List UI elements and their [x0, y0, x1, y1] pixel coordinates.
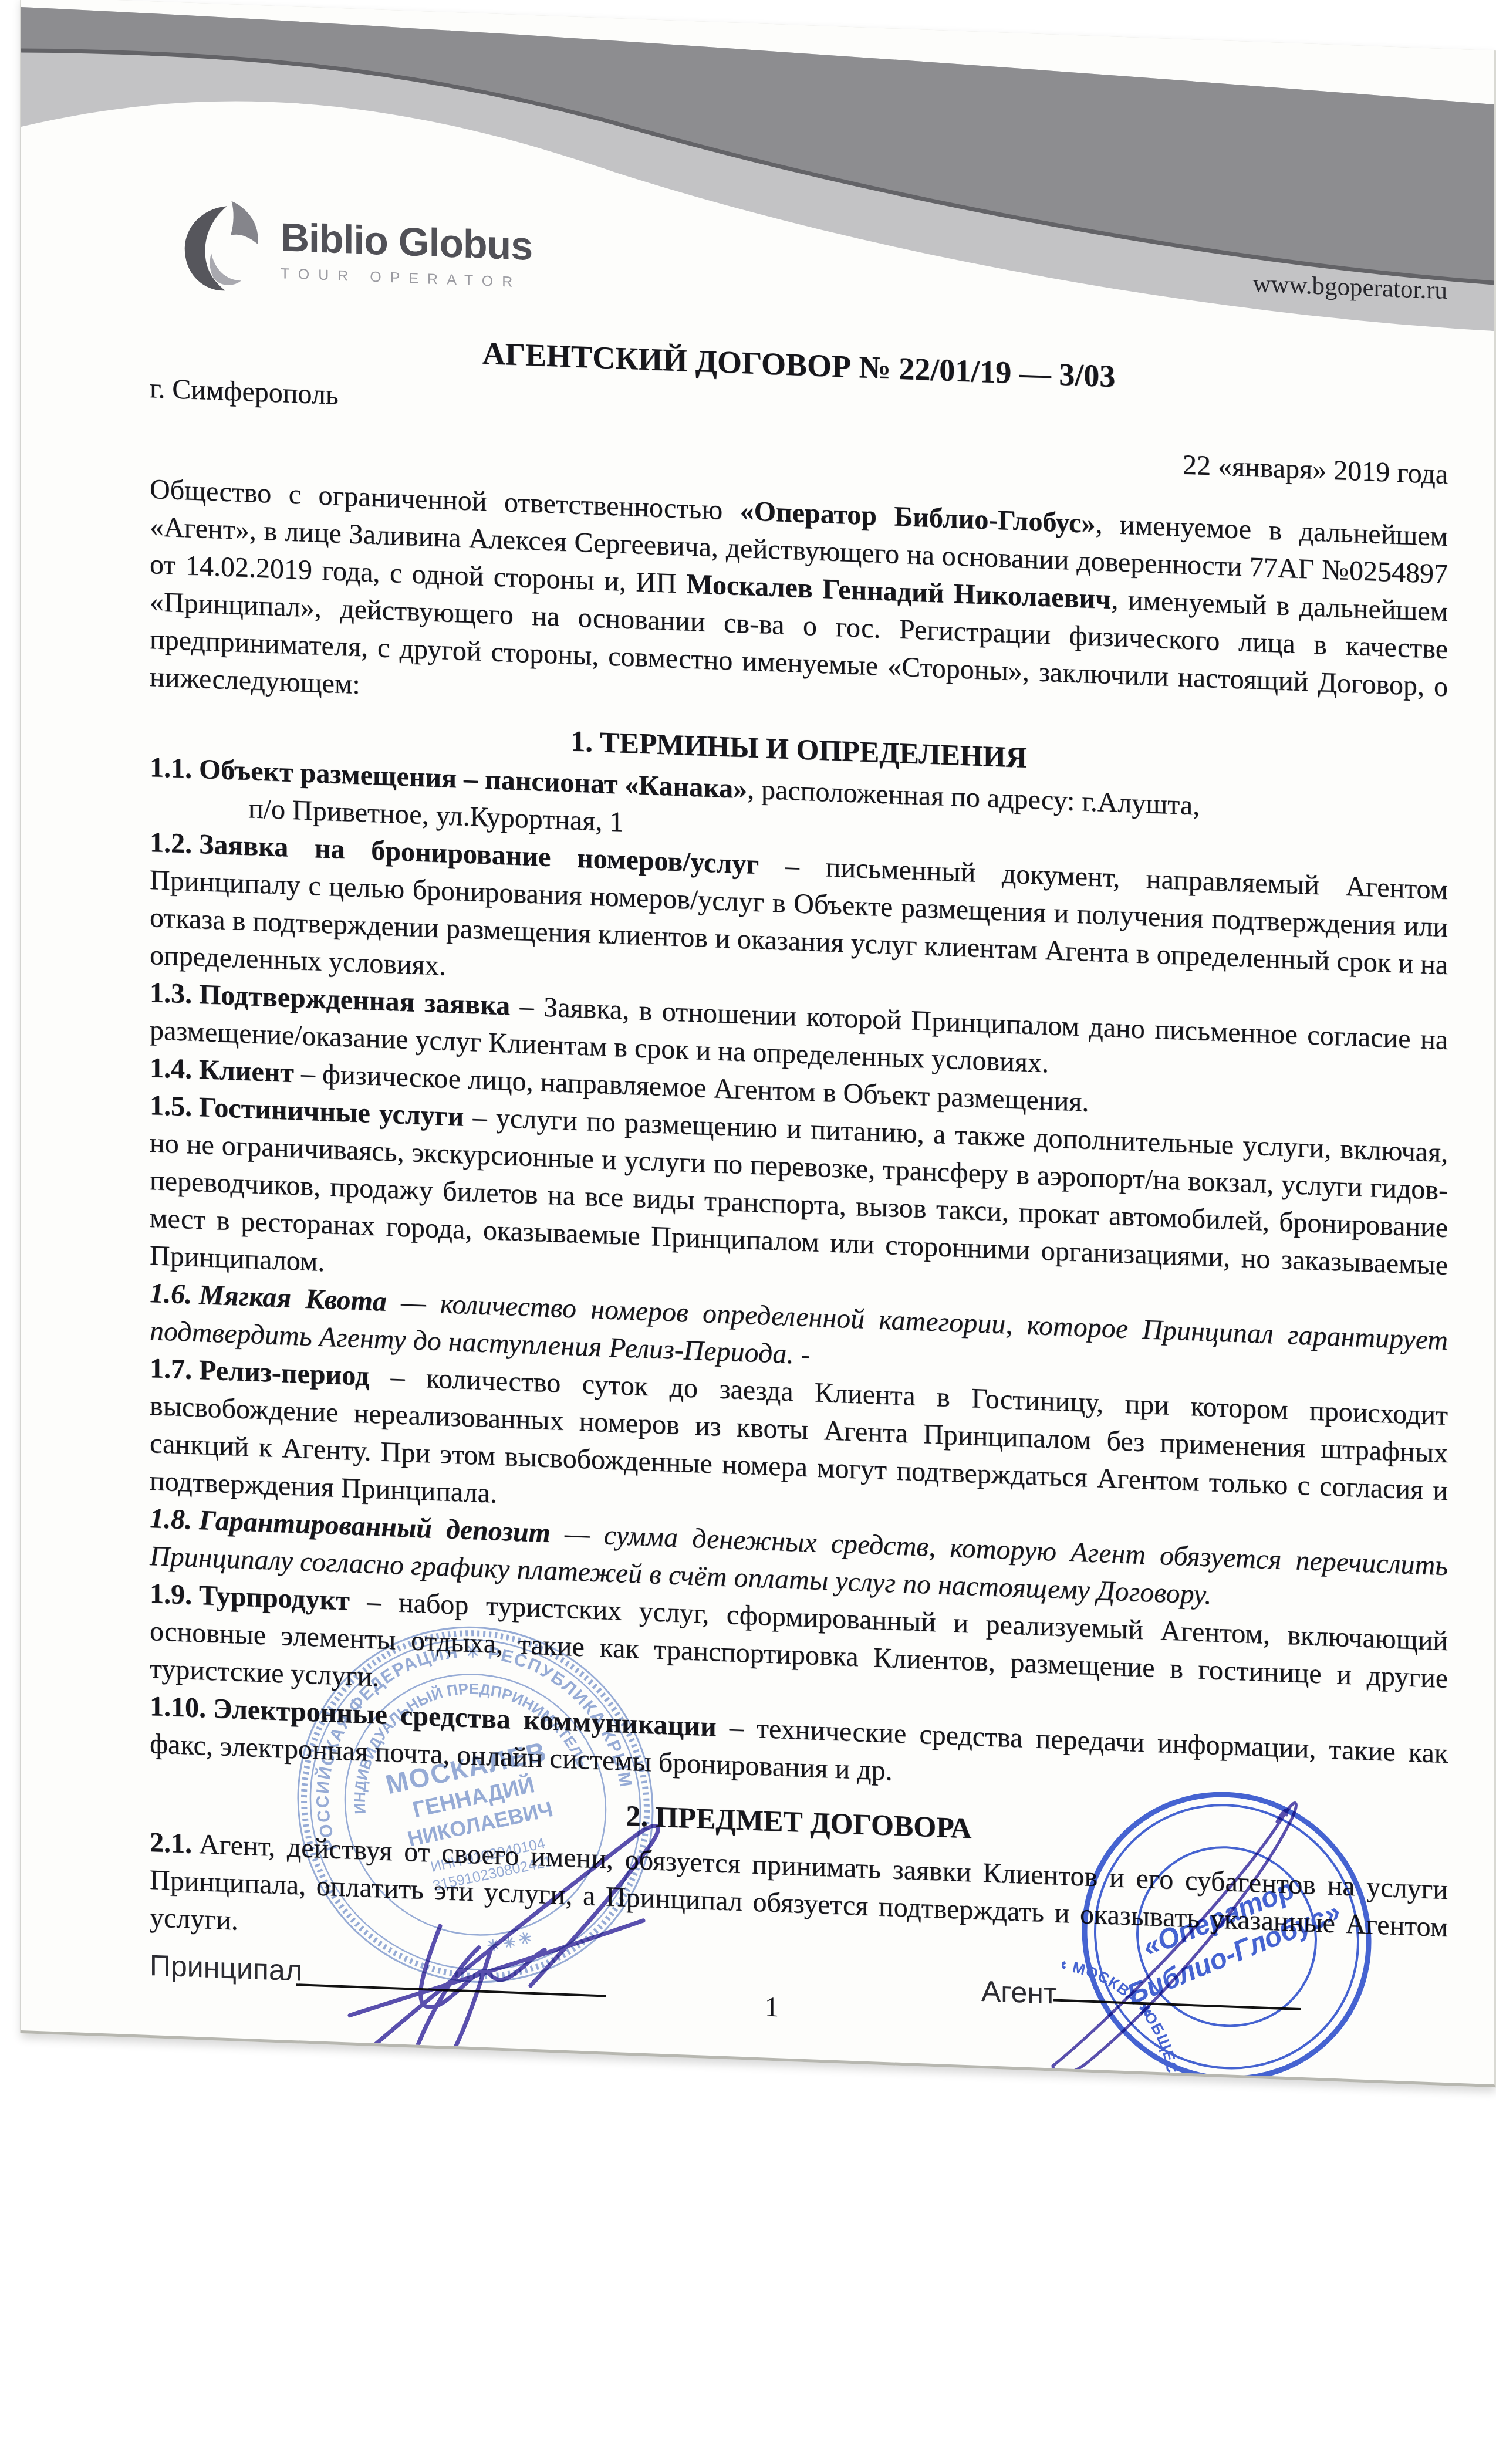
- scanned-document: Biblio Globus TOUR OPERATOR www.bgoperat…: [0, 0, 1496, 2464]
- principal-signature-ink: [350, 1815, 658, 2085]
- signature-ink-layer: [21, 0, 1494, 2084]
- agent-signature-ink: [1053, 1794, 1296, 2082]
- document-page: Biblio Globus TOUR OPERATOR www.bgoperat…: [21, 0, 1496, 2087]
